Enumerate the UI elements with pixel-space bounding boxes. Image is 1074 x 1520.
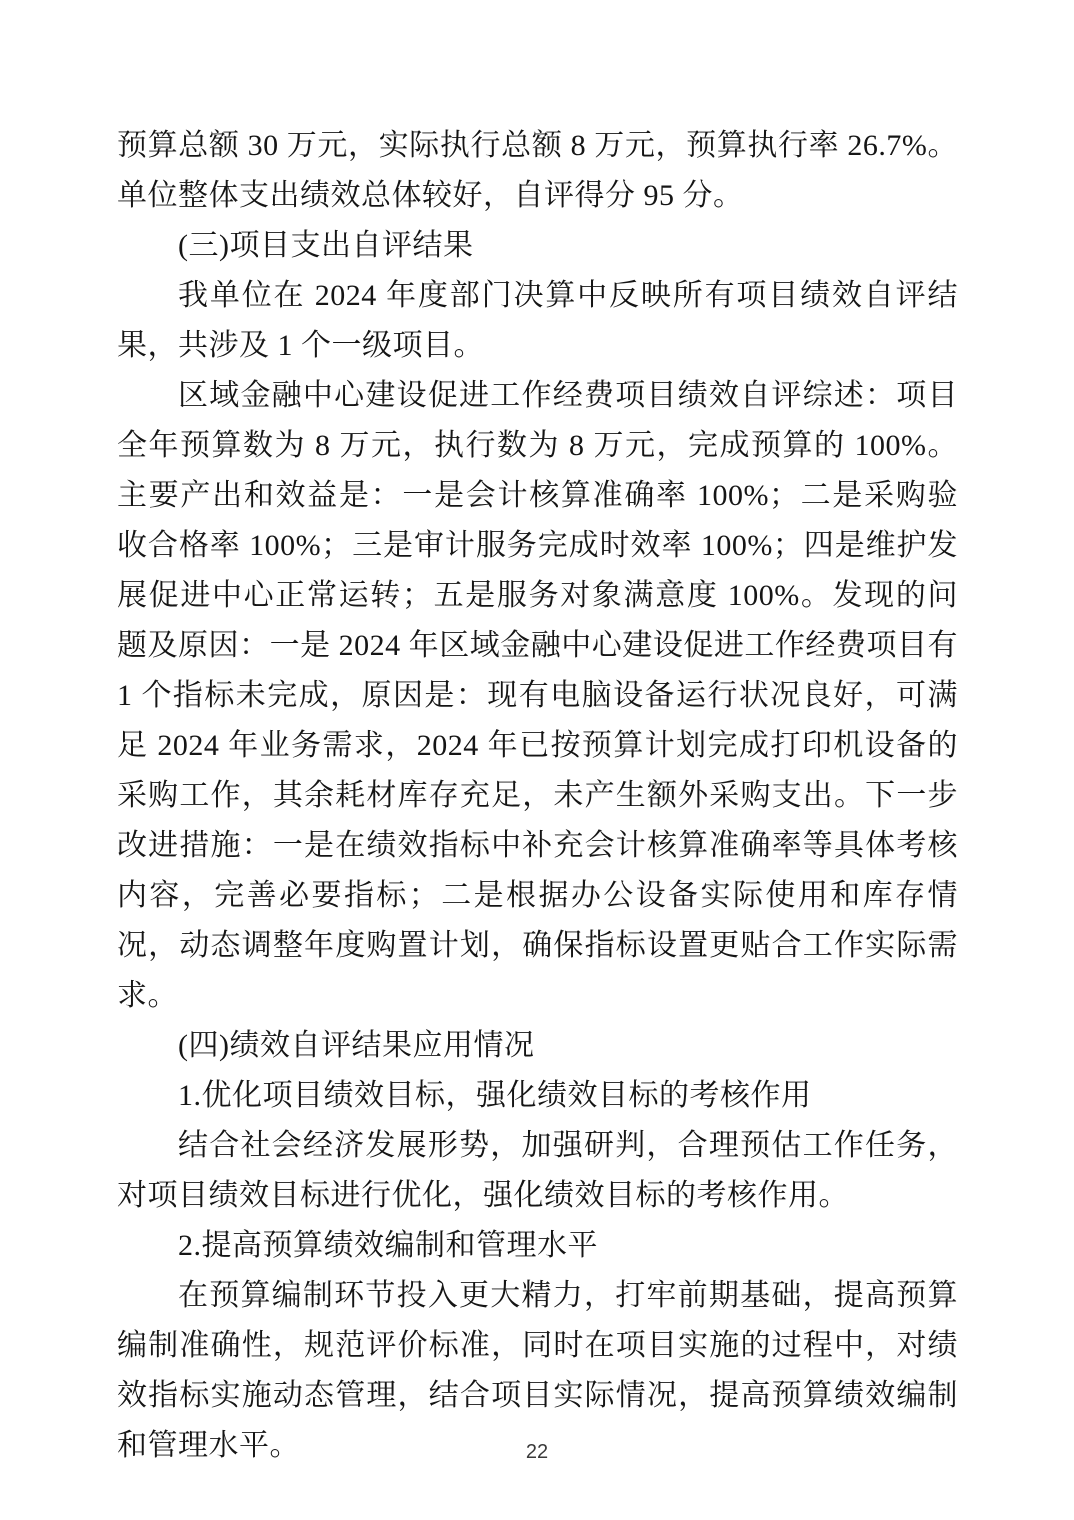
paragraph-budget-execution-summary: 预算总额 30 万元，实际执行总额 8 万元，预算执行率 26.7%。单位整体支…	[117, 121, 958, 221]
paragraph-project-self-evaluation-detail: 区域金融中心建设促进工作经费项目绩效自评综述：项目全年预算数为 8 万元，执行数…	[117, 371, 958, 1021]
paragraph-project-count: 我单位在 2024 年度部门决算中反映所有项目绩效自评结果，共涉及 1 个一级项…	[117, 271, 958, 371]
paragraph-optimize-performance-targets-detail: 结合社会经济发展形势，加强研判，合理预估工作任务，对项目绩效目标进行优化，强化绩…	[117, 1121, 958, 1221]
sub-heading-improve-budget-performance-management: 2.提高预算绩效编制和管理水平	[117, 1221, 958, 1271]
document-page: 预算总额 30 万元，实际执行总额 8 万元，预算执行率 26.7%。单位整体支…	[0, 0, 1074, 1520]
document-body: 预算总额 30 万元，实际执行总额 8 万元，预算执行率 26.7%。单位整体支…	[117, 121, 958, 1471]
section-heading-evaluation-result-application: (四)绩效自评结果应用情况	[117, 1021, 958, 1071]
section-heading-project-expenditure-self-evaluation: (三)项目支出自评结果	[117, 221, 958, 271]
sub-heading-optimize-performance-targets: 1.优化项目绩效目标，强化绩效目标的考核作用	[117, 1071, 958, 1121]
page-number: 22	[0, 1440, 1074, 1464]
